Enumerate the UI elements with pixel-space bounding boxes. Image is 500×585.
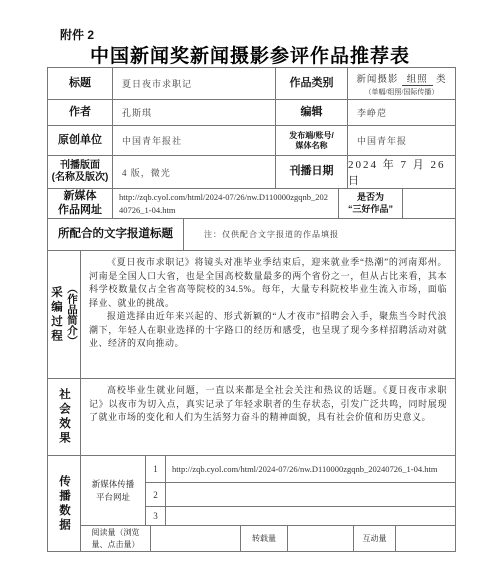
- publish-channel-value: 中国青年报: [348, 126, 456, 156]
- category-line: 新闻摄影 组照 类: [356, 71, 446, 85]
- interact-count-label: 互动量: [354, 526, 396, 552]
- recommendation-form-table: 标题 夏日夜市求职记 作品类别 新闻摄影 组照 类 （单幅/组照/国际传播） 作…: [47, 67, 456, 552]
- text-report-label: 所配合的文字报道标题: [48, 219, 184, 251]
- platform-urls-list: 1 http://zqb.cyol.com/html/2024-07/26/nw…: [146, 456, 456, 526]
- row-page-section: 刊播版面 (名称及版次) 4 版，微光 刊播日期 2024 年 7 月 26 日: [48, 156, 456, 189]
- original-unit-label: 原创单位: [48, 126, 113, 156]
- platform-urls-label: 新媒体传播平台网址: [81, 456, 146, 526]
- title-value: 夏日夜市求职记: [113, 68, 276, 100]
- social-effect-text: 高校毕业生就业问题，一直以来都是全社会关注和热议的话题。《夏日夜市求职记》以夜市…: [81, 379, 456, 456]
- category-selected: 组照: [402, 75, 433, 86]
- category-prefix: 新闻摄影: [356, 75, 398, 85]
- row-process: 采编过程 （作品简介） 《夏日夜市求职记》将镜头对准毕业季结束后，迎来就业季“热…: [48, 251, 456, 379]
- url-1-value: http://zqb.cyol.com/html/2024-07/26/nw.D…: [166, 456, 456, 483]
- row-original-unit: 原创单位 中国青年报社 发布端/账号/ 媒体名称 中国青年报: [48, 126, 456, 156]
- platform-url-row: 3: [146, 507, 456, 526]
- spread-data-label: 传播数据: [48, 456, 81, 552]
- platform-url-row: 2: [146, 483, 456, 507]
- platform-url-row: 1 http://zqb.cyol.com/html/2024-07/26/nw…: [146, 456, 456, 483]
- spread-data-content: 新媒体传播平台网址 1 http://zqb.cyol.com/html/202…: [81, 456, 456, 552]
- process-label: 采编过程 （作品简介）: [48, 251, 81, 379]
- category-suffix: 类: [436, 75, 447, 85]
- editor-value: 李峥苨: [348, 100, 456, 126]
- category-label: 作品类别: [276, 68, 348, 100]
- page-section-value: 4 版，微光: [113, 156, 276, 189]
- row-spread-data: 传播数据 新媒体传播平台网址 1 http://zqb.cyol.com/htm…: [48, 456, 456, 552]
- row-social-effect: 社会效果 高校毕业生就业问题，一直以来都是全社会关注和热议的话题。《夏日夜市求职…: [48, 379, 456, 456]
- three-good-value: [403, 189, 456, 219]
- row-text-report: 所配合的文字报道标题 注：仅供配合文字报道的作品填报: [48, 219, 456, 251]
- row-author: 作者 孔斯琪 编辑 李峥苨: [48, 100, 456, 126]
- row-new-media-url: 新媒体 作品网址 http://zqb.cyol.com/html/2024-0…: [48, 189, 456, 219]
- category-value: 新闻摄影 组照 类 （单幅/组照/国际传播）: [348, 68, 456, 100]
- read-count-label: 阅读量（浏览量、点击量）: [81, 526, 151, 552]
- read-count-value: [151, 526, 241, 552]
- repost-count-value: [288, 526, 354, 552]
- author-label: 作者: [48, 100, 113, 126]
- interact-count-value: [396, 526, 456, 552]
- social-effect-paragraph: 高校毕业生就业问题，一直以来都是全社会关注和热议的话题。《夏日夜市求职记》以夜市…: [89, 384, 447, 425]
- author-value: 孔斯琪: [113, 100, 276, 126]
- url-3-number: 3: [146, 507, 166, 526]
- process-paragraph-2: 报道选择由近年来兴起的、形式新颖的“人才夜市”招聘会入手，聚焦当今时代浪潮下，年…: [89, 310, 447, 351]
- process-text: 《夏日夜市求职记》将镜头对准毕业季结束后，迎来就业季“热潮”的河南郑州。河南是全…: [81, 251, 456, 379]
- page-section-label: 刊播版面 (名称及版次): [48, 156, 113, 189]
- url-2-value: [166, 483, 456, 507]
- social-effect-label: 社会效果: [48, 379, 81, 456]
- page-title: 中国新闻奖新闻摄影参评作品推荐表: [0, 41, 500, 68]
- url-3-value: [166, 507, 456, 526]
- text-report-note: 注：仅供配合文字报道的作品填报: [184, 219, 456, 251]
- row-title: 标题 夏日夜市求职记 作品类别 新闻摄影 组照 类 （单幅/组照/国际传播）: [48, 68, 456, 100]
- publish-channel-label: 发布端/账号/ 媒体名称: [276, 126, 348, 156]
- url-2-number: 2: [146, 483, 166, 507]
- publish-date-label: 刊播日期: [276, 156, 348, 189]
- process-label-main: 采编过程: [48, 286, 64, 344]
- original-unit-value: 中国青年报社: [113, 126, 276, 156]
- new-media-url-value: http://zqb.cyol.com/html/2024-07/26/nw.D…: [113, 189, 339, 219]
- url-1-number: 1: [146, 456, 166, 483]
- platform-urls-block: 新媒体传播平台网址 1 http://zqb.cyol.com/html/202…: [81, 456, 456, 526]
- editor-label: 编辑: [276, 100, 348, 126]
- publish-date-value: 2024 年 7 月 26 日: [348, 156, 456, 189]
- repost-count-label: 转载量: [241, 526, 288, 552]
- process-paragraph-1: 《夏日夜市求职记》将镜头对准毕业季结束后，迎来就业季“热潮”的河南郑州。河南是全…: [89, 256, 447, 310]
- new-media-url-label: 新媒体 作品网址: [48, 189, 113, 219]
- title-label: 标题: [48, 68, 113, 100]
- three-good-label: 是否为 “三好作品”: [339, 189, 403, 219]
- metrics-row: 阅读量（浏览量、点击量） 转载量 互动量: [81, 526, 456, 552]
- category-options: （单幅/组照/国际传播）: [365, 87, 439, 97]
- process-label-paren: （作品简介）: [65, 283, 80, 346]
